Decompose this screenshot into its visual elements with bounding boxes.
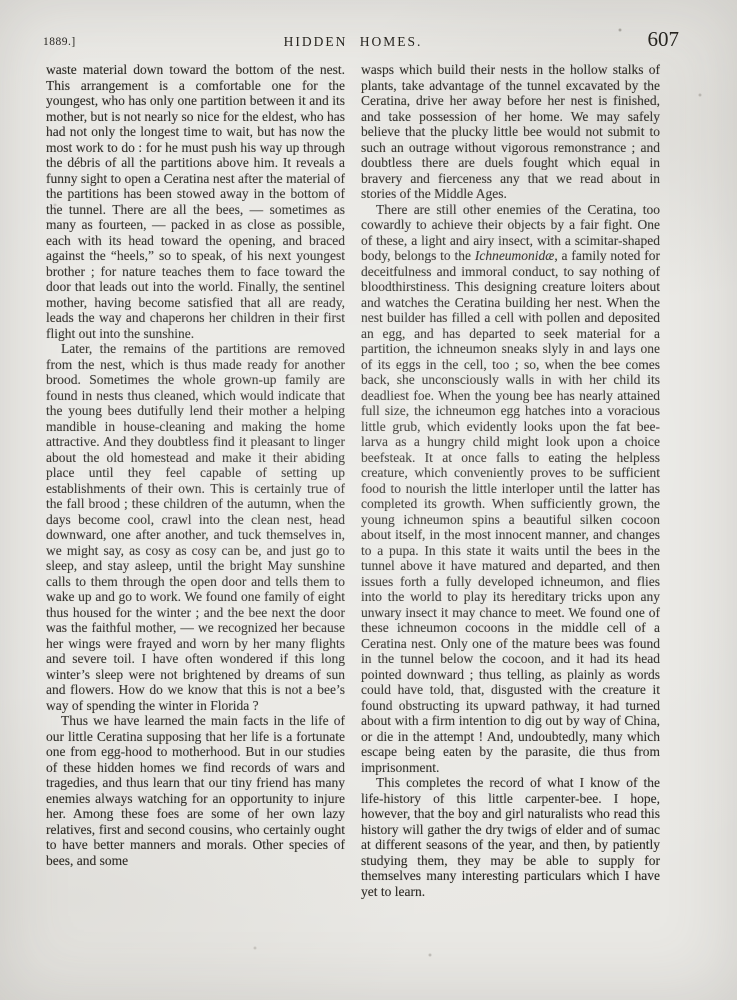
paragraph: Later, the remains of the partitions are… xyxy=(46,341,345,713)
italic-term: Ichneumonidæ xyxy=(475,248,554,263)
paragraph: waste material down toward the bottom of… xyxy=(46,62,345,341)
paragraph: This completes the record of what I know… xyxy=(361,775,660,899)
paragraph-segment: , a family noted for deceitfulness and i… xyxy=(361,248,660,775)
paragraph: Thus we have learned the main facts in t… xyxy=(46,713,345,868)
paragraph: There are still other enemies of the Cer… xyxy=(361,202,660,776)
paragraph: wasps which build their nests in the hol… xyxy=(361,62,660,202)
column-left: waste material down toward the bottom of… xyxy=(46,62,345,899)
page-number: 607 xyxy=(648,27,680,52)
page-header: 1889.] HIDDEN HOMES. 607 xyxy=(0,0,737,62)
page-title: HIDDEN HOMES. xyxy=(46,34,660,50)
text-columns: waste material down toward the bottom of… xyxy=(0,62,737,899)
column-right: wasps which build their nests in the hol… xyxy=(361,62,660,899)
